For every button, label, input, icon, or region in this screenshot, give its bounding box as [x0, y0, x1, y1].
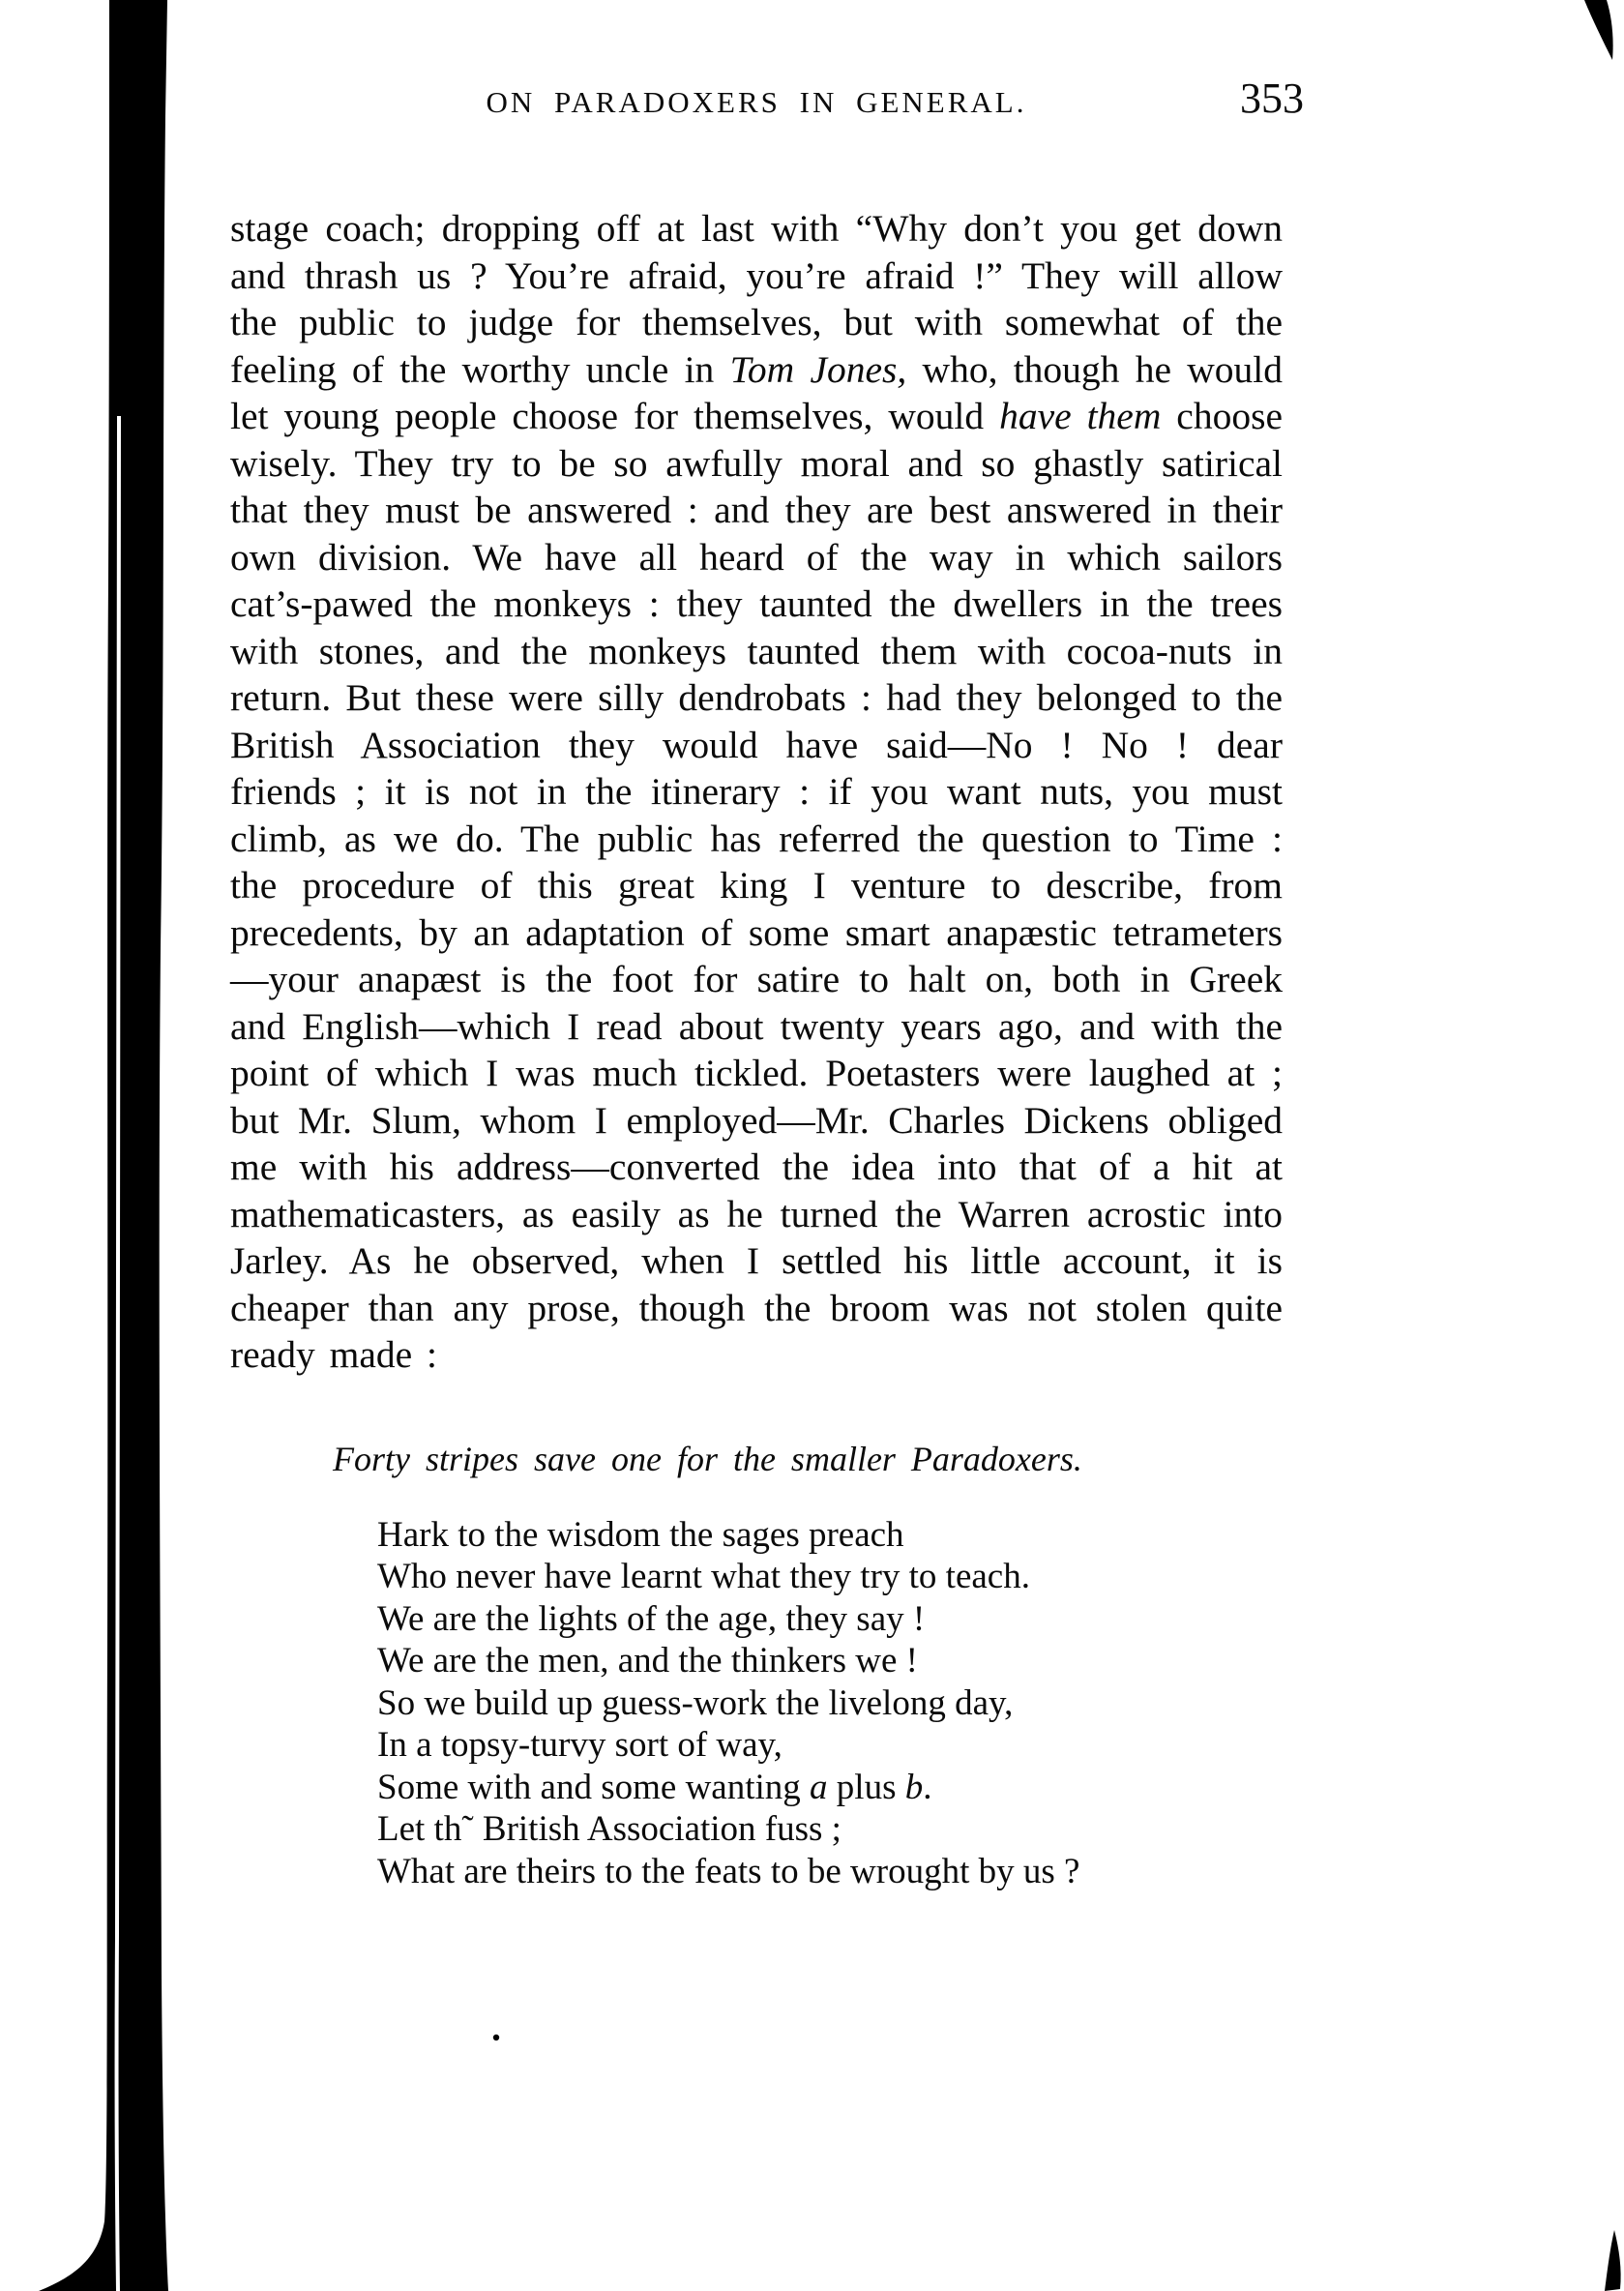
italic-text: Tom Jones,	[730, 348, 907, 391]
text-segment: Let th˜ British Association fuss ;	[377, 1809, 842, 1849]
text-segment: choose wisely. They try to be so awfully…	[230, 395, 1283, 1376]
poem-line: What are theirs to the feats to be wroug…	[377, 1851, 1283, 1893]
running-header-title: ON PARADOXERS IN GENERAL.	[230, 79, 1283, 120]
italic-text: have them	[999, 395, 1161, 437]
poem-line: Let th˜ British Association fuss ;	[377, 1808, 1283, 1851]
italic-text: Forty stripes save one for the smaller P…	[333, 1440, 1082, 1478]
page-content: ON PARADOXERS IN GENERAL. 353 stage coac…	[230, 0, 1283, 1892]
ink-speck	[493, 2035, 499, 2040]
text-segment: Who never have learnt what they try to t…	[377, 1557, 1030, 1596]
italic-text: a	[810, 1768, 828, 1807]
text-segment: plus	[828, 1768, 905, 1807]
text-segment: Hark to the wisdom the sages preach	[377, 1515, 904, 1555]
poem-line: So we build up guess-work the livelong d…	[377, 1682, 1283, 1725]
text-segment: We are the men, and the thinkers we !	[377, 1641, 918, 1681]
page-header: ON PARADOXERS IN GENERAL. 353	[230, 79, 1283, 124]
italic-text: b	[905, 1768, 924, 1807]
poem-line: Some with and some wanting a plus b.	[377, 1767, 1283, 1809]
gutter-shadow-bar	[39, 0, 168, 2291]
poem-line: We are the lights of the age, they say !	[377, 1598, 1283, 1641]
page-number: 353	[1240, 74, 1304, 123]
text-segment: What are theirs to the feats to be wroug…	[377, 1852, 1079, 1891]
text-segment: In a topsy-turvy sort of way,	[377, 1725, 782, 1765]
scan-mark-top-right	[1584, 0, 1613, 60]
text-segment: Some with and some wanting	[377, 1768, 810, 1807]
epigraph-line: Forty stripes save one for the smaller P…	[333, 1439, 1283, 1479]
poem-line: We are the men, and the thinkers we !	[377, 1640, 1283, 1682]
scan-mark-bottom-right	[1605, 2230, 1621, 2291]
text-segment: So we build up guess-work the livelong d…	[377, 1683, 1013, 1723]
text-segment: .	[923, 1768, 931, 1807]
book-page: ON PARADOXERS IN GENERAL. 353 stage coac…	[0, 0, 1624, 2291]
poem-line: Hark to the wisdom the sages preach	[377, 1514, 1283, 1557]
poem-line: In a topsy-turvy sort of way,	[377, 1724, 1283, 1767]
poem-block: Hark to the wisdom the sages preachWho n…	[377, 1514, 1283, 1893]
body-paragraph: stage coach; dropping off at last with “…	[230, 205, 1283, 1379]
poem-line: Who never have learnt what they try to t…	[377, 1556, 1283, 1598]
gutter-highlight-line	[117, 416, 119, 2291]
text-segment: We are the lights of the age, they say !	[377, 1599, 925, 1639]
